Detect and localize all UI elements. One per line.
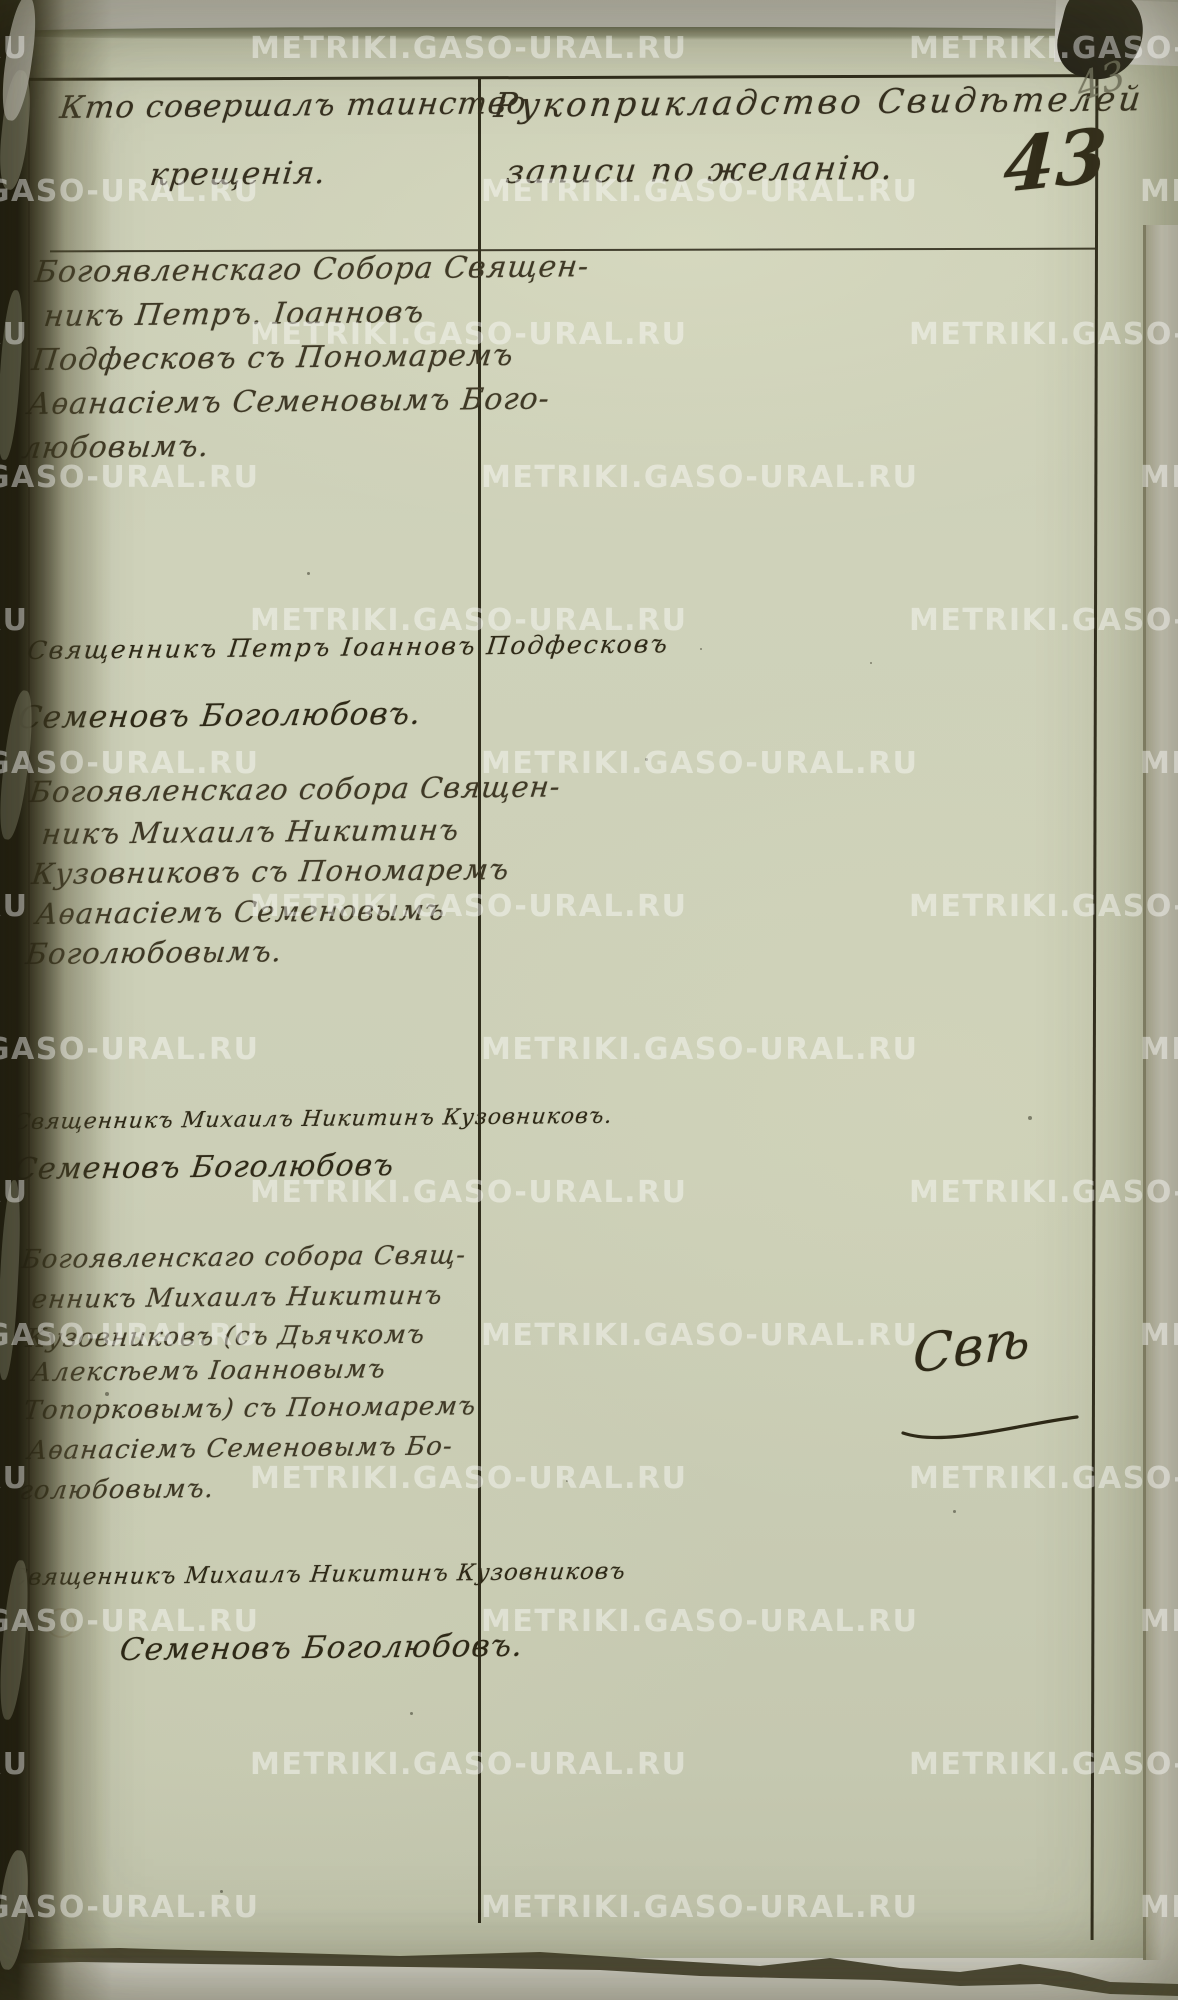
- entry-line: Богоявленскаго Собора Священ-: [33, 249, 591, 290]
- ink-speck: [410, 1712, 413, 1715]
- ink-speck: [870, 662, 872, 664]
- ink-speck: [700, 648, 702, 650]
- ink-speck: [566, 1480, 568, 1482]
- page-top-seam: [0, 27, 1178, 40]
- col2-header-line2: записи по желанію.: [504, 148, 896, 191]
- ink-speck: [645, 758, 648, 761]
- scanned-metric-book-page: Кто совершалъ таинство крещенія. Рукопри…: [0, 0, 1178, 2000]
- right-page-edge: [1143, 225, 1178, 1960]
- page-number-ink: 43: [1002, 112, 1109, 210]
- signature-line: Семеновъ Боголюбовъ.: [118, 1628, 525, 1668]
- flourish-swash: [895, 1395, 1085, 1445]
- ink-speck: [953, 1510, 956, 1513]
- ink-speck: [220, 1890, 223, 1893]
- col1-header-line1: Кто совершалъ таинство: [58, 85, 529, 126]
- torn-bottom-edge: [0, 1940, 1178, 2000]
- col1-header-line2: крещенія.: [148, 155, 328, 193]
- previous-page-edge: [0, 0, 1178, 30]
- ink-speck: [1028, 1116, 1032, 1120]
- ink-speck: [307, 572, 310, 575]
